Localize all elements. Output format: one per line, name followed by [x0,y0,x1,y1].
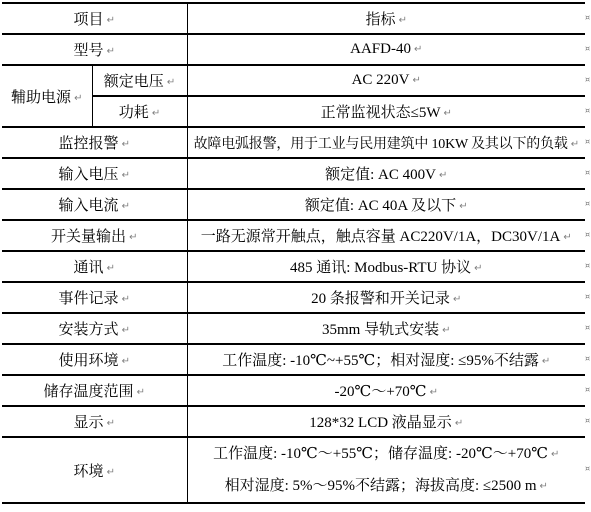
cell-end-mark-icon: ¤ [585,324,590,332]
row-value-cell: 额定值: AC 400V↵ [187,158,585,189]
header-item-label: 项目 [74,12,104,28]
paragraph-mark-icon: ↵ [167,77,175,88]
row-label: 环境 [74,464,104,480]
paragraph-mark-icon: ↵ [540,481,548,492]
table-row-display: 显示↵ 128*32 LCD 液晶显示↵ [2,406,585,437]
row-label: 输入电压 [59,167,119,183]
paragraph-mark-icon: ↵ [107,263,115,274]
paragraph-mark-icon: ↵ [413,75,421,86]
paragraph-mark-icon: ↵ [430,387,438,398]
header-spec-cell: 指标↵ [187,3,585,34]
row-label: 功耗 [119,105,149,121]
table-row-alarm: 监控报警↵ 故障电弧报警，用于工业与民用建筑中 10KW 及其以下的负载↵ [2,127,585,158]
row-label: 显示 [74,415,104,431]
cell-end-mark-icon: ¤ [585,262,590,270]
paragraph-mark-icon: ↵ [459,201,467,212]
cell-end-mark: ¤ [585,312,591,343]
row-value: AC 220V [352,72,410,88]
cell-end-mark-icon: ¤ [585,386,590,394]
cell-end-mark-icon: ¤ [585,465,590,473]
header-item-cell: 项目↵ [2,3,187,34]
header-spec-label: 指标 [366,12,396,28]
row-label-cell: 额定电压↵ [92,65,187,96]
row-value-cell: 故障电弧报警，用于工业与民用建筑中 10KW 及其以下的负载↵ [187,127,585,158]
cell-end-mark-icon: ¤ [585,355,590,363]
paragraph-mark-icon: ↵ [107,46,115,57]
row-label: 开关量输出 [51,229,126,245]
cell-end-mark: ¤ [585,343,591,374]
cell-end-mark-icon: ¤ [585,293,590,301]
paragraph-mark-icon: ↵ [74,93,82,104]
paragraph-mark-icon: ↵ [129,232,137,243]
row-label-cell: 型号↵ [2,34,187,65]
row-value: 正常监视状态≤5W [321,105,441,121]
cell-end-mark-icon: ¤ [585,169,590,177]
row-label-cell: 储存温度范围↵ [2,375,187,406]
paragraph-mark-icon: ↵ [414,44,422,55]
document-page: ‡ 项目↵ 指标↵ 型号↵ AAFD-40↵ 辅助电源↵ 额定电压↵ AC 22… [0,0,591,512]
row-label: 监控报警 [59,136,119,152]
row-label: 储存温度范围 [44,384,134,400]
row-value-cell: 工作温度: -10℃～+55℃；储存温度: -20℃～+70℃↵ 相对湿度: 5… [187,437,585,503]
cell-end-mark-icon: ¤ [585,138,590,146]
row-value-cell: 35mm 导轨式安装↵ [187,313,585,344]
cell-end-mark-column: ¤ ¤ ¤ ¤ ¤ ¤ ¤ ¤ ¤ ¤ ¤ ¤ ¤ ¤ ¤ [585,2,591,502]
row-value-line2: 相对湿度: 5%～95%不结露；海拔高度: ≤2500 m↵ [190,470,584,502]
row-value: 20 条报警和开关记录 [311,291,450,307]
paragraph-mark-icon: ↵ [453,294,461,305]
row-label-cell: 输入电压↵ [2,158,187,189]
paragraph-mark-icon: ↵ [152,108,160,119]
row-value-line1: 工作温度: -10℃～+55℃；储存温度: -20℃～+70℃↵ [190,438,584,470]
cell-end-mark: ¤ [585,250,591,281]
row-value-cell: 工作温度: -10℃~+55℃；相对湿度: ≤95%不结露↵ [187,344,585,375]
cell-end-mark: ¤ [585,188,591,219]
row-label-cell: 使用环境↵ [2,344,187,375]
row-value: 额定值: AC 400V [325,167,436,183]
row-value: 故障电弧报警，用于工业与民用建筑中 10KW 及其以下的负载 [194,137,568,152]
cell-end-mark-icon: ¤ [585,45,590,53]
row-label: 额定电压 [104,74,164,90]
cell-end-mark: ¤ [585,2,591,33]
paragraph-mark-icon: ↵ [563,232,571,243]
row-value-cell: -20℃～+70℃↵ [187,375,585,406]
spec-table: 项目↵ 指标↵ 型号↵ AAFD-40↵ 辅助电源↵ 额定电压↵ AC 220V… [2,2,585,504]
row-label-cell: 安装方式↵ [2,313,187,344]
table-row-switch-output: 开关量输出↵ 一路无源常开触点，触点容量 AC220V/1A，DC30V/1A↵ [2,220,585,251]
row-value: 485 通讯: Modbus-RTU 协议 [290,260,471,276]
paragraph-mark-icon: ↵ [107,15,115,26]
row-label-cell: 功耗↵ [92,96,187,127]
cell-end-mark: ¤ [585,219,591,250]
paragraph-mark-icon: ↵ [542,356,550,367]
row-value: AAFD-40 [350,41,411,57]
group-label: 辅助电源 [11,90,71,106]
paragraph-mark-icon: ↵ [122,325,130,336]
table-row-input-voltage: 输入电压↵ 额定值: AC 400V↵ [2,158,585,189]
row-value-cell: 一路无源常开触点，触点容量 AC220V/1A，DC30V/1A↵ [187,220,585,251]
cell-end-mark-icon: ¤ [585,107,590,115]
table-row-mounting: 安装方式↵ 35mm 导轨式安装↵ [2,313,585,344]
paragraph-mark-icon: ↵ [122,356,130,367]
paragraph-mark-icon: ↵ [107,467,115,478]
row-value: 额定值: AC 40A 及以下 [305,198,456,214]
row-label: 事件记录 [59,291,119,307]
cell-end-mark-icon: ¤ [585,14,590,22]
row-label-cell: 事件记录↵ [2,282,187,313]
cell-end-mark: ¤ [585,436,591,502]
row-label: 使用环境 [59,353,119,369]
cell-end-mark-icon: ¤ [585,76,590,84]
row-label-cell: 环境↵ [2,437,187,503]
paragraph-mark-icon: ↵ [474,263,482,274]
cell-end-mark-icon: ¤ [585,231,590,239]
paragraph-mark-icon: ↵ [107,418,115,429]
row-value-cell: 额定值: AC 40A 及以下↵ [187,189,585,220]
paragraph-mark-icon: ↵ [122,294,130,305]
table-row-event-log: 事件记录↵ 20 条报警和开关记录↵ [2,282,585,313]
cell-end-mark: ¤ [585,281,591,312]
cell-end-mark-icon: ¤ [585,200,590,208]
paragraph-mark-icon: ↵ [122,201,130,212]
row-value-cell: 正常监视状态≤5W↵ [187,96,585,127]
cell-end-mark: ¤ [585,33,591,64]
cell-end-mark: ¤ [585,374,591,405]
table-row-operating-environment: 使用环境↵ 工作温度: -10℃~+55℃；相对湿度: ≤95%不结露↵ [2,344,585,375]
row-label: 输入电流 [59,198,119,214]
cell-end-mark: ¤ [585,64,591,95]
table-row-storage-temperature: 储存温度范围↵ -20℃～+70℃↵ [2,375,585,406]
row-value: 工作温度: -10℃~+55℃；相对湿度: ≤95%不结露 [222,353,539,369]
cell-end-mark: ¤ [585,405,591,436]
paragraph-mark-icon: ↵ [122,170,130,181]
paragraph-mark-icon: ↵ [571,139,579,150]
paragraph-mark-icon: ↵ [444,108,452,119]
row-label: 通讯 [74,260,104,276]
cell-end-mark: ¤ [585,126,591,157]
row-value-cell: AAFD-40↵ [187,34,585,65]
cell-end-mark-icon: ¤ [585,417,590,425]
table-row-model: 型号↵ AAFD-40↵ [2,34,585,65]
cell-end-mark: ¤ [585,157,591,188]
row-value: -20℃～+70℃ [335,384,427,400]
paragraph-mark-icon: ↵ [551,449,559,460]
paragraph-mark-icon: ↵ [137,387,145,398]
row-label: 型号 [74,43,104,59]
table-row-environment: 环境↵ 工作温度: -10℃～+55℃；储存温度: -20℃～+70℃↵ 相对湿… [2,437,585,503]
row-value-cell: AC 220V↵ [187,65,585,96]
row-value: 35mm 导轨式安装 [322,322,439,338]
row-value-cell: 485 通讯: Modbus-RTU 协议↵ [187,251,585,282]
table-row-input-current: 输入电流↵ 额定值: AC 40A 及以下↵ [2,189,585,220]
row-label-cell: 监控报警↵ [2,127,187,158]
row-label-cell: 开关量输出↵ [2,220,187,251]
paragraph-mark-icon: ↵ [442,325,450,336]
row-label-cell: 输入电流↵ [2,189,187,220]
group-label-cell: 辅助电源↵ [2,65,92,127]
cell-end-mark: ¤ [585,95,591,126]
row-value-cell: 128*32 LCD 液晶显示↵ [187,406,585,437]
row-label-cell: 通讯↵ [2,251,187,282]
row-value-cell: 20 条报警和开关记录↵ [187,282,585,313]
paragraph-mark-icon: ↵ [399,15,407,26]
row-label: 安装方式 [59,322,119,338]
table-row-header: 项目↵ 指标↵ [2,3,585,34]
paragraph-mark-icon: ↵ [122,139,130,150]
row-value: 一路无源常开触点，触点容量 AC220V/1A，DC30V/1A [201,229,561,245]
paragraph-mark-icon: ↵ [455,418,463,429]
row-label-cell: 显示↵ [2,406,187,437]
row-value: 128*32 LCD 液晶显示 [309,415,452,431]
table-row-aux-power-voltage: 辅助电源↵ 额定电压↵ AC 220V↵ [2,65,585,96]
paragraph-mark-icon: ↵ [439,170,447,181]
table-row-communication: 通讯↵ 485 通讯: Modbus-RTU 协议↵ [2,251,585,282]
